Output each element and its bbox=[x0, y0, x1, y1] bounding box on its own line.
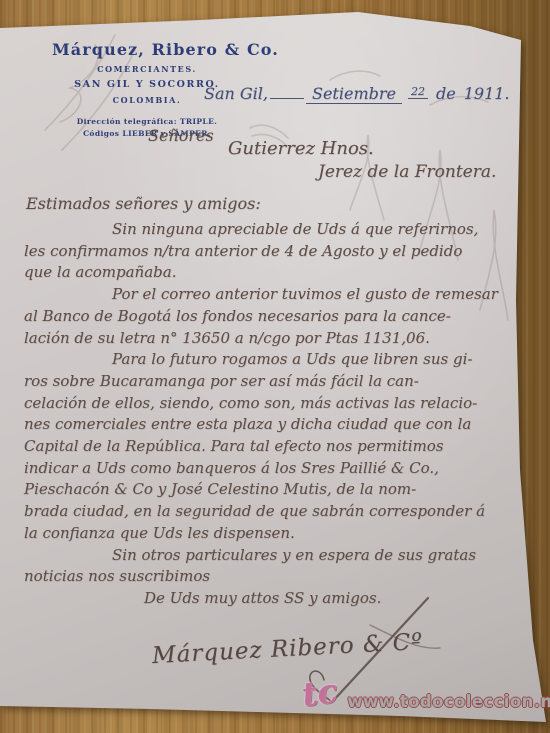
body-line: al Banco de Bogotá los fondos necesarios… bbox=[24, 306, 532, 328]
letterhead-comerciantes: COMERCIANTES. bbox=[52, 64, 242, 74]
body-line: Para lo futuro rogamos a Uds que libren … bbox=[24, 349, 532, 371]
letterhead-telegraph: Dirección telegráfica: TRIPLE. bbox=[52, 117, 242, 126]
letter-body: Sin ninguna apreciable de Uds á que refe… bbox=[24, 219, 532, 610]
body-line: Sin ninguna apreciable de Uds á que refe… bbox=[24, 219, 532, 241]
dateline-place: San Gil, bbox=[204, 84, 268, 103]
body-line: brada ciudad, en la seguridad de que sab… bbox=[24, 501, 532, 523]
body-line: que la acompañaba. bbox=[24, 262, 532, 284]
body-line: celación de ellos, siendo, como son, más… bbox=[24, 393, 532, 415]
letter-greeting: Estimados señores y amigos: bbox=[26, 194, 261, 213]
body-line: Capital de la República. Para tal efecto… bbox=[24, 436, 532, 458]
body-line: Pieschacón & Co y José Celestino Mutis, … bbox=[24, 479, 532, 501]
body-line: Sin otros particulares y en espera de su… bbox=[24, 545, 532, 567]
dateline: San Gil,Setiembre22de1911. bbox=[204, 84, 510, 104]
recipient-city: Jerez de la Frontera. bbox=[318, 162, 496, 182]
body-line: lación de su letra n° 13650 a n/cgo por … bbox=[24, 328, 532, 350]
body-line: ros sobre Bucaramanga por ser así más fá… bbox=[24, 371, 532, 393]
body-line: Por el correo anterior tuvimos el gusto … bbox=[24, 284, 532, 306]
dateline-de: de bbox=[436, 84, 456, 103]
dateline-day: 22 bbox=[408, 85, 428, 99]
recipient-senores: Señores bbox=[148, 126, 214, 145]
dateline-year: 1911. bbox=[464, 84, 510, 103]
body-line: De Uds muy attos SS y amigos. bbox=[24, 588, 532, 610]
signature: Márquez Ribero & Cº bbox=[152, 629, 424, 669]
todocoleccion-logo-icon: tc bbox=[300, 676, 339, 711]
body-line: noticias nos suscribimos bbox=[24, 566, 532, 588]
dateline-rule bbox=[270, 84, 304, 99]
watermark: tc www.todocoleccion.net bbox=[302, 678, 550, 711]
dateline-month: Setiembre bbox=[306, 84, 402, 104]
watermark-url: www.todocoleccion.net bbox=[347, 692, 550, 711]
body-line: la confianza que Uds les dispensen. bbox=[24, 523, 532, 545]
photo-of-letter: Márquez, Ribero & Co. COMERCIANTES. SAN … bbox=[0, 0, 550, 733]
recipient-name: Gutierrez Hnos. bbox=[228, 138, 374, 159]
body-line: les confirmamos n/tra anterior de 4 de A… bbox=[24, 241, 532, 263]
body-line: nes comerciales entre esta plaza y dicha… bbox=[24, 414, 532, 436]
letter-paper: Márquez, Ribero & Co. COMERCIANTES. SAN … bbox=[0, 0, 550, 733]
body-line: indicar a Uds como banqueros á los Sres … bbox=[24, 458, 532, 480]
company-name: Márquez, Ribero & Co. bbox=[52, 40, 242, 59]
